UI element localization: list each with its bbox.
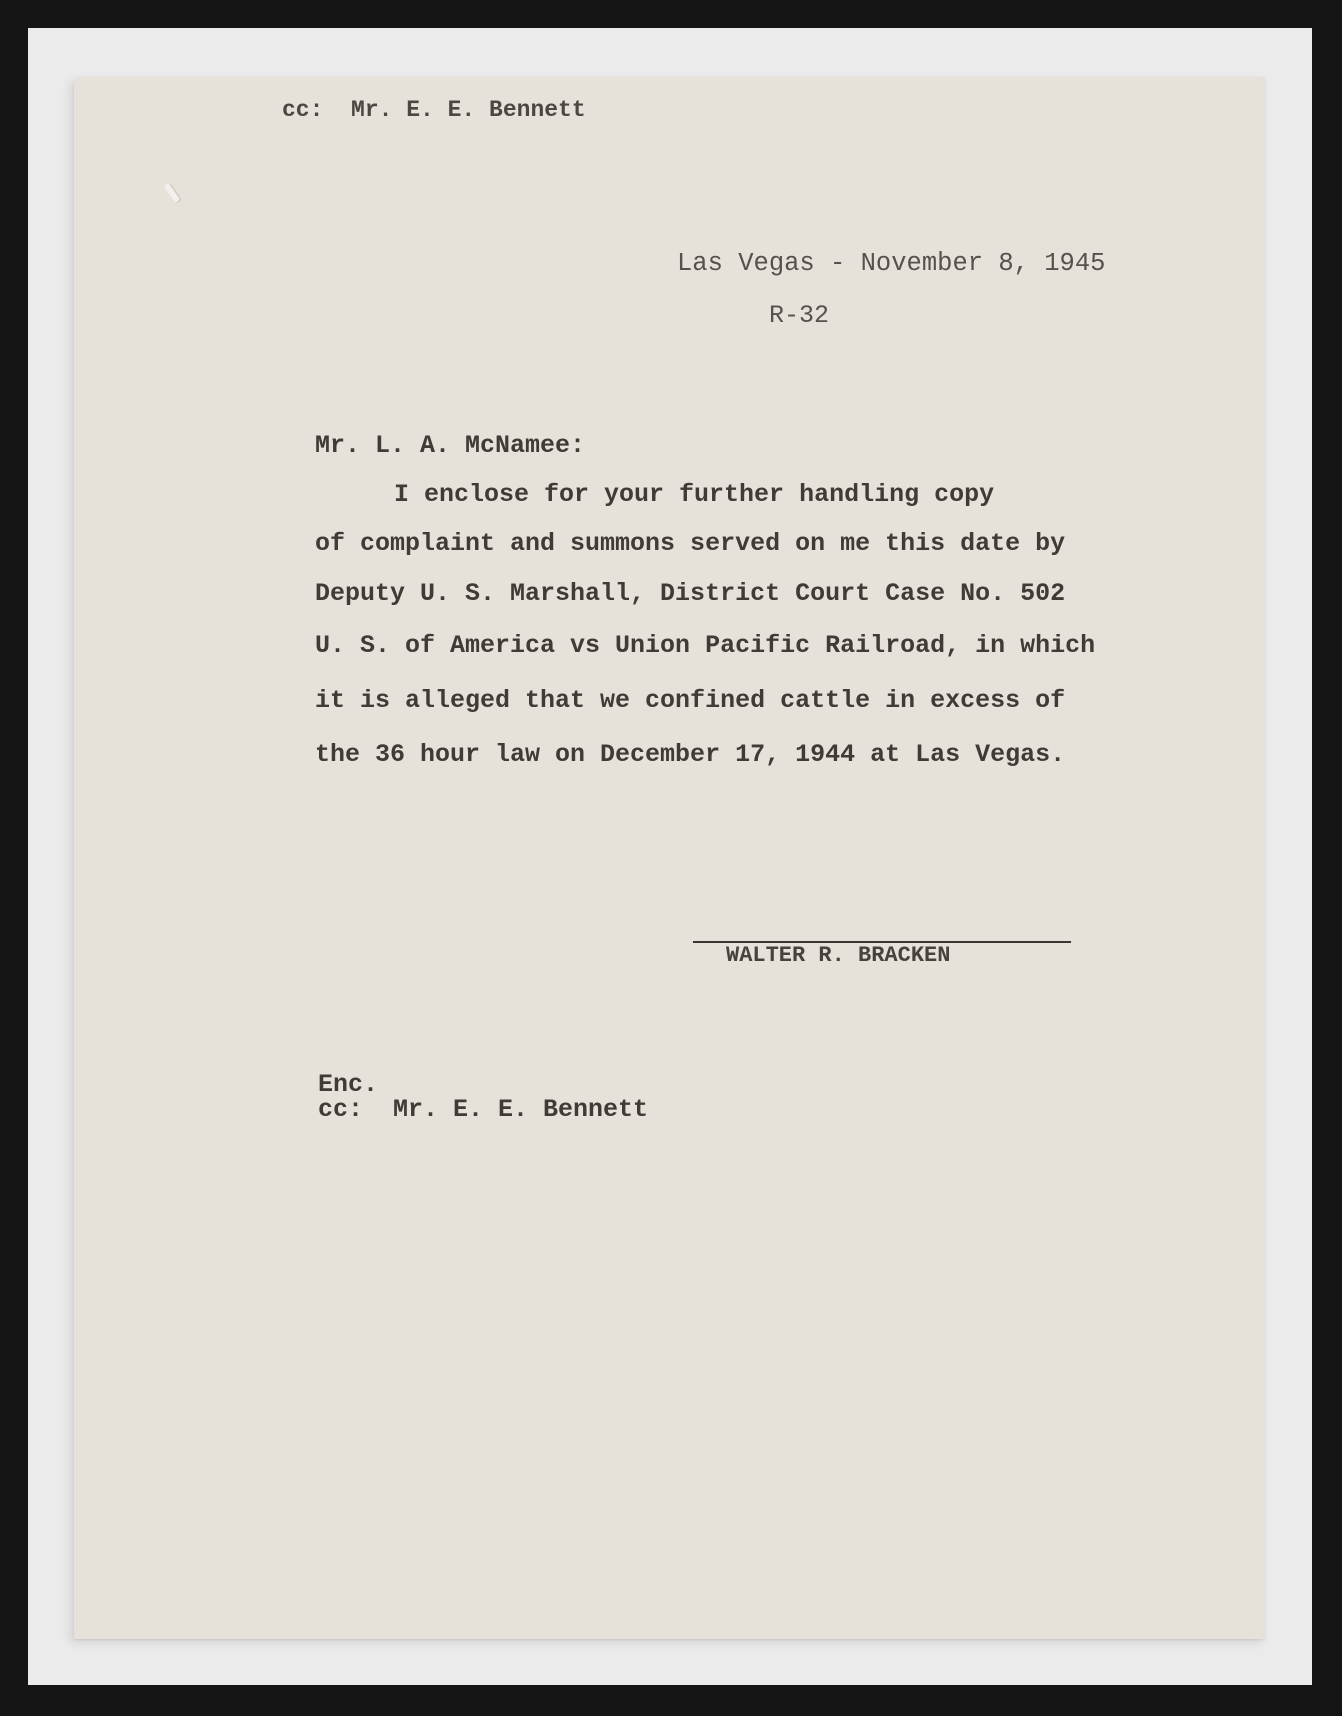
body-line-6: the 36 hour law on December 17, 1944 at … (315, 741, 1065, 769)
file-reference: R-32 (769, 302, 829, 330)
body-line-4: U. S. of America vs Union Pacific Railro… (315, 632, 1095, 660)
bottom-carbon-copy-line: cc: Mr. E. E. Bennett (318, 1097, 648, 1123)
top-carbon-copy-line: cc: Mr. E. E. Bennett (282, 96, 586, 124)
signature-name: WALTER R. BRACKEN (726, 942, 950, 970)
body-line-2: of complaint and summons served on me th… (315, 530, 1065, 558)
letter-page (74, 77, 1265, 1639)
body-line-5: it is alleged that we confined cattle in… (315, 687, 1065, 715)
body-line-3: Deputy U. S. Marshall, District Court Ca… (315, 580, 1065, 608)
salutation: Mr. L. A. McNamee: (315, 432, 585, 460)
place-and-date: Las Vegas - November 8, 1945 (677, 250, 1105, 278)
body-line-1: I enclose for your further handling copy (394, 481, 994, 509)
